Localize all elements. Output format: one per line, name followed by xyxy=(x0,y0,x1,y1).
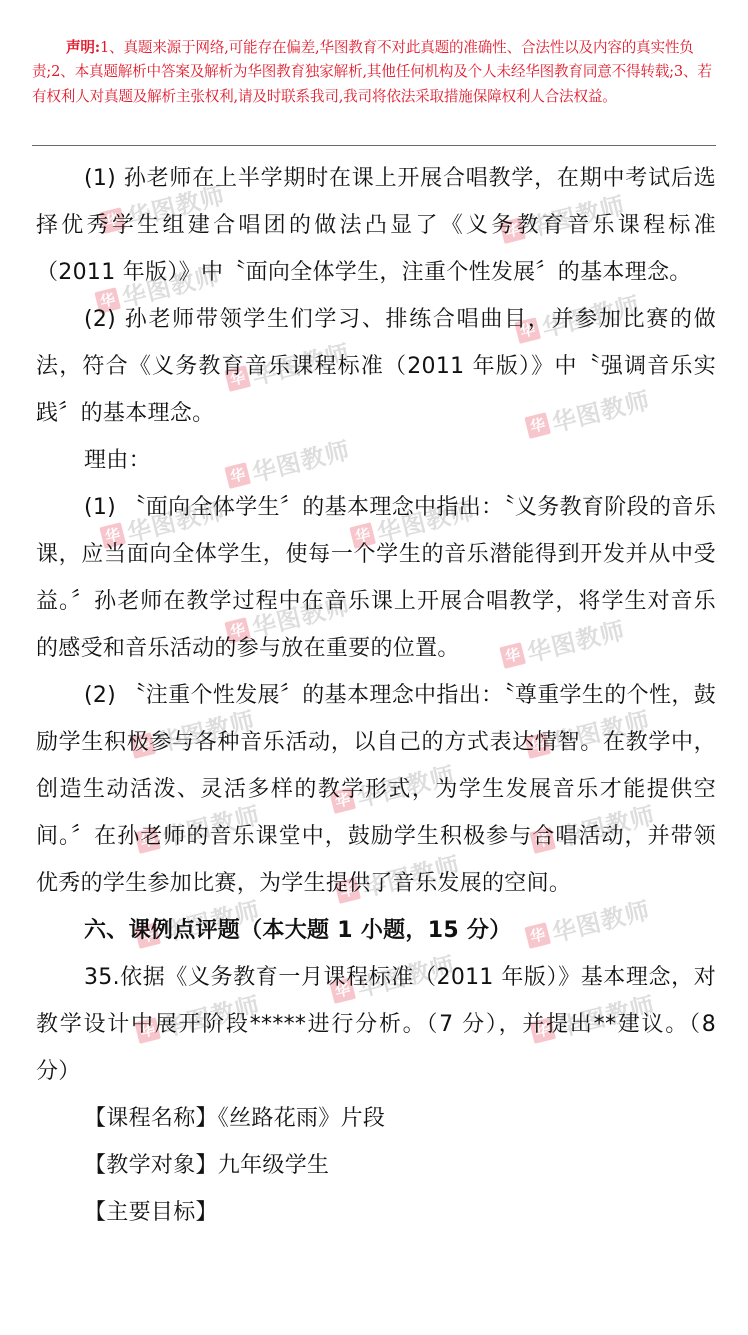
field-course-name: 【课程名称】《丝路花雨》片段 xyxy=(36,1095,716,1142)
answer-point-2: (2) 孙老师带领学生们学习、排练合唱曲目，并参加比赛的做法，符合《义务教育音乐… xyxy=(36,296,716,437)
section-heading: 六、课例点评题（本大题 1 小题，15 分） xyxy=(36,907,716,954)
disclaimer-label: 声明: xyxy=(66,39,100,56)
question-35: 35.依据《义务教育一月课程标准（2011 年版）》基本理念，对教学设计中展开阶… xyxy=(36,954,716,1095)
disclaimer-text: 1、真题来源于网络,可能存在偏差,华图教育不对此真题的准确性、合法性以及内容的真… xyxy=(32,39,712,105)
disclaimer: 声明:1、真题来源于网络,可能存在偏差,华图教育不对此真题的准确性、合法性以及内… xyxy=(32,36,716,109)
reason-1: (1) 〝面向全体学生〞的基本理念中指出：〝义务教育阶段的音乐课，应当面向全体学… xyxy=(36,484,716,672)
document-body: (1) 孙老师在上半学期时在课上开展合唱教学，在期中考试后选择优秀学生组建合唱团… xyxy=(36,155,716,1236)
reason-label: 理由： xyxy=(36,437,716,484)
answer-point-1: (1) 孙老师在上半学期时在课上开展合唱教学，在期中考试后选择优秀学生组建合唱团… xyxy=(36,155,716,296)
field-main-goal: 【主要目标】 xyxy=(36,1189,716,1236)
divider xyxy=(32,145,716,146)
reason-2: (2) 〝注重个性发展〞的基本理念中指出：〝尊重学生的个性，鼓励学生积极参与各种… xyxy=(36,672,716,907)
field-teaching-target: 【教学对象】九年级学生 xyxy=(36,1142,716,1189)
